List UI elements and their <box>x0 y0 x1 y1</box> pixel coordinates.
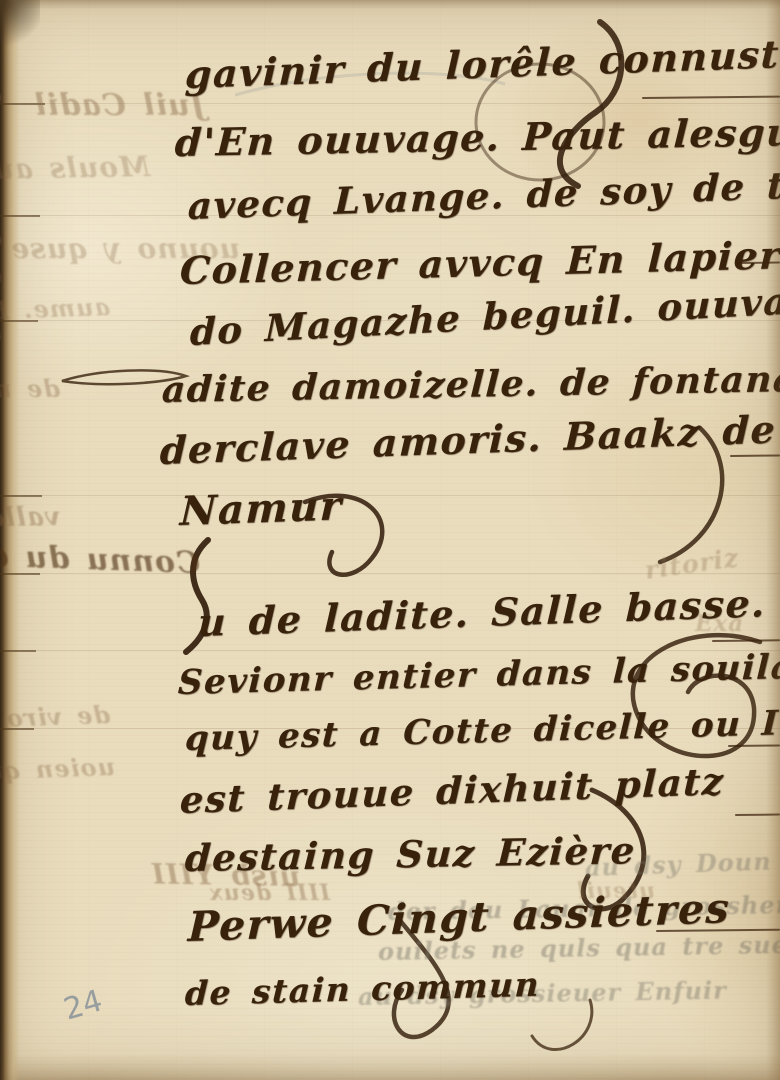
fill-in-dash <box>735 262 780 264</box>
fill-in-dash <box>656 929 780 932</box>
manuscript-page: ellr aizo dvJuil CadilMouls auvlleal de … <box>0 0 780 1080</box>
fill-in-dash <box>712 639 780 642</box>
fill-in-dash <box>728 744 780 747</box>
fill-in-dash <box>735 814 780 816</box>
fill-in-dash <box>642 96 780 99</box>
fill-in-dash <box>730 454 780 457</box>
ink-dashes-layer <box>0 0 780 1080</box>
